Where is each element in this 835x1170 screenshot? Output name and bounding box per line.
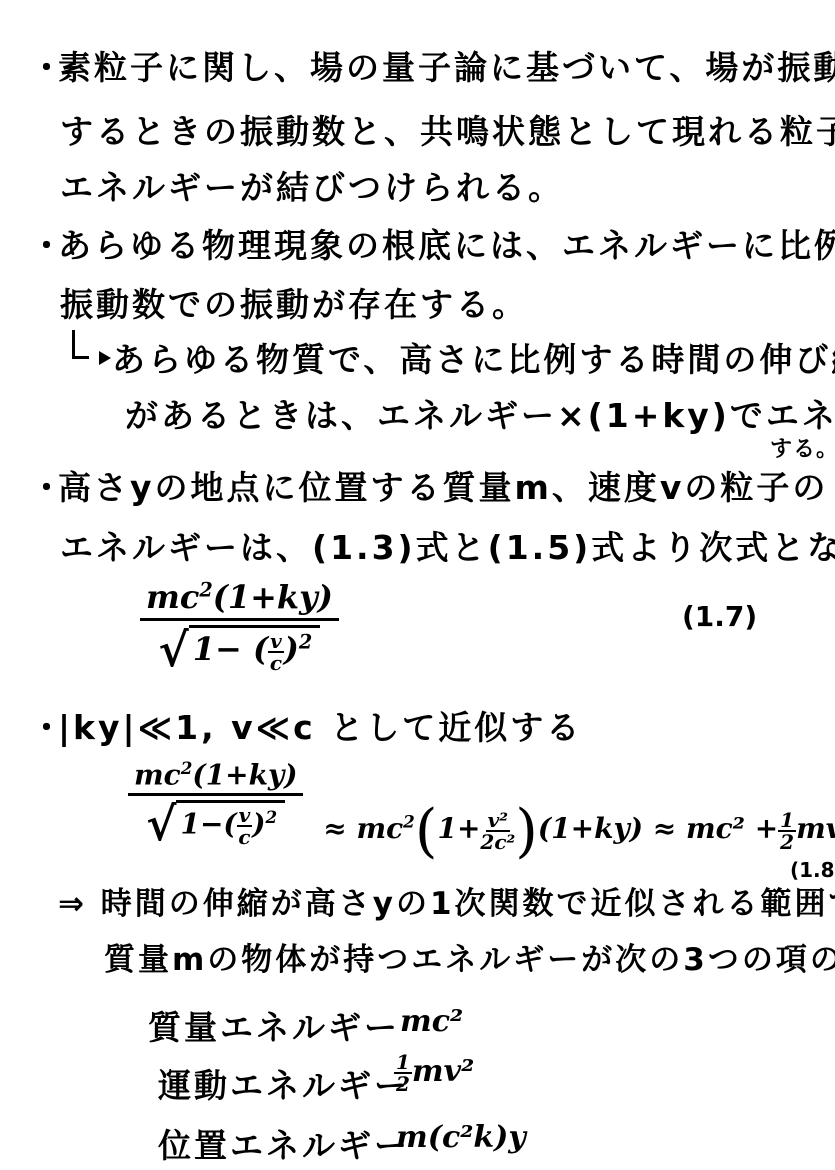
paren-open: (	[253, 630, 268, 668]
paragraph-2-line-1: ・あらゆる物理現象の根底には、エネルギーに比例する	[30, 226, 835, 266]
kinetic-energy-term: mv²	[796, 812, 835, 845]
fraction: mc2(1+ky) √ 1− (vc)2	[140, 578, 339, 674]
term-value-mass-energy: mc²	[400, 1004, 463, 1039]
paragraph-2-sub-line-3: する。	[770, 438, 835, 462]
conclusion-line-2: 質量mの物体が持つエネルギーが次の3つの項の和となる	[104, 940, 835, 980]
paragraph-3-line-1: ・高さyの地点に位置する質量m、速度vの粒子の	[30, 468, 828, 508]
exponent: 2	[299, 630, 312, 653]
term-label-potential-energy: 位置エネルギー	[158, 1120, 410, 1167]
approx-condition-line: ・|ky|≪1, v≪c として近似する	[30, 708, 582, 748]
line-text: 素粒子に関し、場の量子論に基づいて、場が振動	[58, 48, 835, 87]
one-half: 12	[778, 810, 796, 852]
line-text: あらゆる物理現象の根底には、エネルギーに比例する	[58, 226, 835, 265]
exponent: 2	[199, 578, 212, 601]
paragraph-2-sub-line-1: あらゆる物質で、高さに比例する時間の伸び縮み	[112, 340, 835, 380]
paragraph-1-line-3: エネルギーが結びつけられる。	[60, 168, 564, 208]
numerator: mc2(1+ky)	[140, 578, 339, 621]
bullet: ・	[30, 48, 58, 88]
paragraph-2-sub-line-2: があるときは、エネルギー×(1+ky)でエネルギーが変化	[125, 396, 835, 436]
one-minus: 1−	[193, 630, 242, 668]
bullet: ・	[30, 468, 58, 508]
denominator: √ 1− (vc)2	[159, 621, 321, 674]
radicand: 1− (vc)2	[189, 625, 320, 673]
line-text: |ky|≪1, v≪c として近似する	[58, 708, 582, 747]
paragraph-3-line-2: エネルギーは、(1.3)式と(1.5)式より次式となる。	[60, 528, 835, 568]
square-root: √ 1− (vc)2	[159, 625, 321, 673]
one-half: 12	[394, 1052, 412, 1094]
term-label-mass-energy: 質量エネルギー	[148, 1002, 400, 1049]
bullet: ・	[30, 708, 58, 748]
line-text: 時間の伸縮が高さyの1次関数で近似される範囲では	[101, 886, 835, 922]
line-text: 高さyの地点に位置する質量m、速度vの粒子の	[58, 468, 828, 507]
approx-rhs: ≈ mc2(1+v²2c²)(1+ky) ≈ mc² +12mv² +mc²ky	[323, 812, 835, 845]
paragraph-1-line-2: するときの振動数と、共鳴状態として現れる粒子の	[60, 112, 835, 152]
square-root: √ 1−(vc)2	[146, 800, 285, 847]
hook-arrow-icon	[72, 330, 89, 359]
radical-icon: √	[146, 801, 176, 847]
equation-number-1-7: (1.7)	[682, 600, 757, 633]
handwritten-note-page: ・素粒子に関し、場の量子論に基づいて、場が振動 するときの振動数と、共鳴状態とし…	[0, 0, 835, 1170]
term-label-kinetic-energy: 運動エネルギー	[158, 1060, 410, 1107]
equation-number-1-8: (1.8)	[790, 858, 835, 882]
conclusion-line-1: ⇒ 時間の伸縮が高さyの1次関数で近似される範囲では	[58, 884, 835, 924]
v-over-c: vc	[237, 805, 253, 847]
mc: mc	[146, 578, 199, 616]
factor: (1+ky)	[213, 578, 333, 616]
double-arrow-icon: ⇒	[58, 886, 87, 922]
fraction: mc2(1+ky) √ 1−(vc)2	[128, 758, 303, 847]
equation-1-7: mc2(1+ky) √ 1− (vc)2	[140, 578, 339, 674]
bullet: ・	[30, 226, 58, 266]
paragraph-2-line-2: 振動数での振動が存在する。	[60, 285, 528, 325]
radicand: 1−(vc)2	[176, 800, 285, 847]
v2-over-2c2: v²2c²	[480, 810, 515, 852]
paragraph-1-line-1: ・素粒子に関し、場の量子論に基づいて、場が振動	[30, 48, 835, 88]
term-value-potential-energy: m(c²k)y	[396, 1120, 526, 1155]
denominator: √ 1−(vc)2	[146, 796, 285, 847]
approx-sign: ≈	[323, 812, 346, 845]
approx-sign: ≈	[653, 812, 676, 845]
paren-close: )	[284, 630, 299, 668]
equation-1-8: mc2(1+ky) √ 1−(vc)2 ≈ mc2(1+v²2c²)(1+ky)…	[128, 758, 835, 860]
numerator: mc2(1+ky)	[128, 758, 303, 796]
term-value-kinetic-energy: 12mv²	[394, 1052, 474, 1094]
mass-energy-term: mc²	[686, 812, 745, 845]
radical-icon: √	[159, 627, 189, 673]
v-over-c: vc	[268, 631, 284, 673]
